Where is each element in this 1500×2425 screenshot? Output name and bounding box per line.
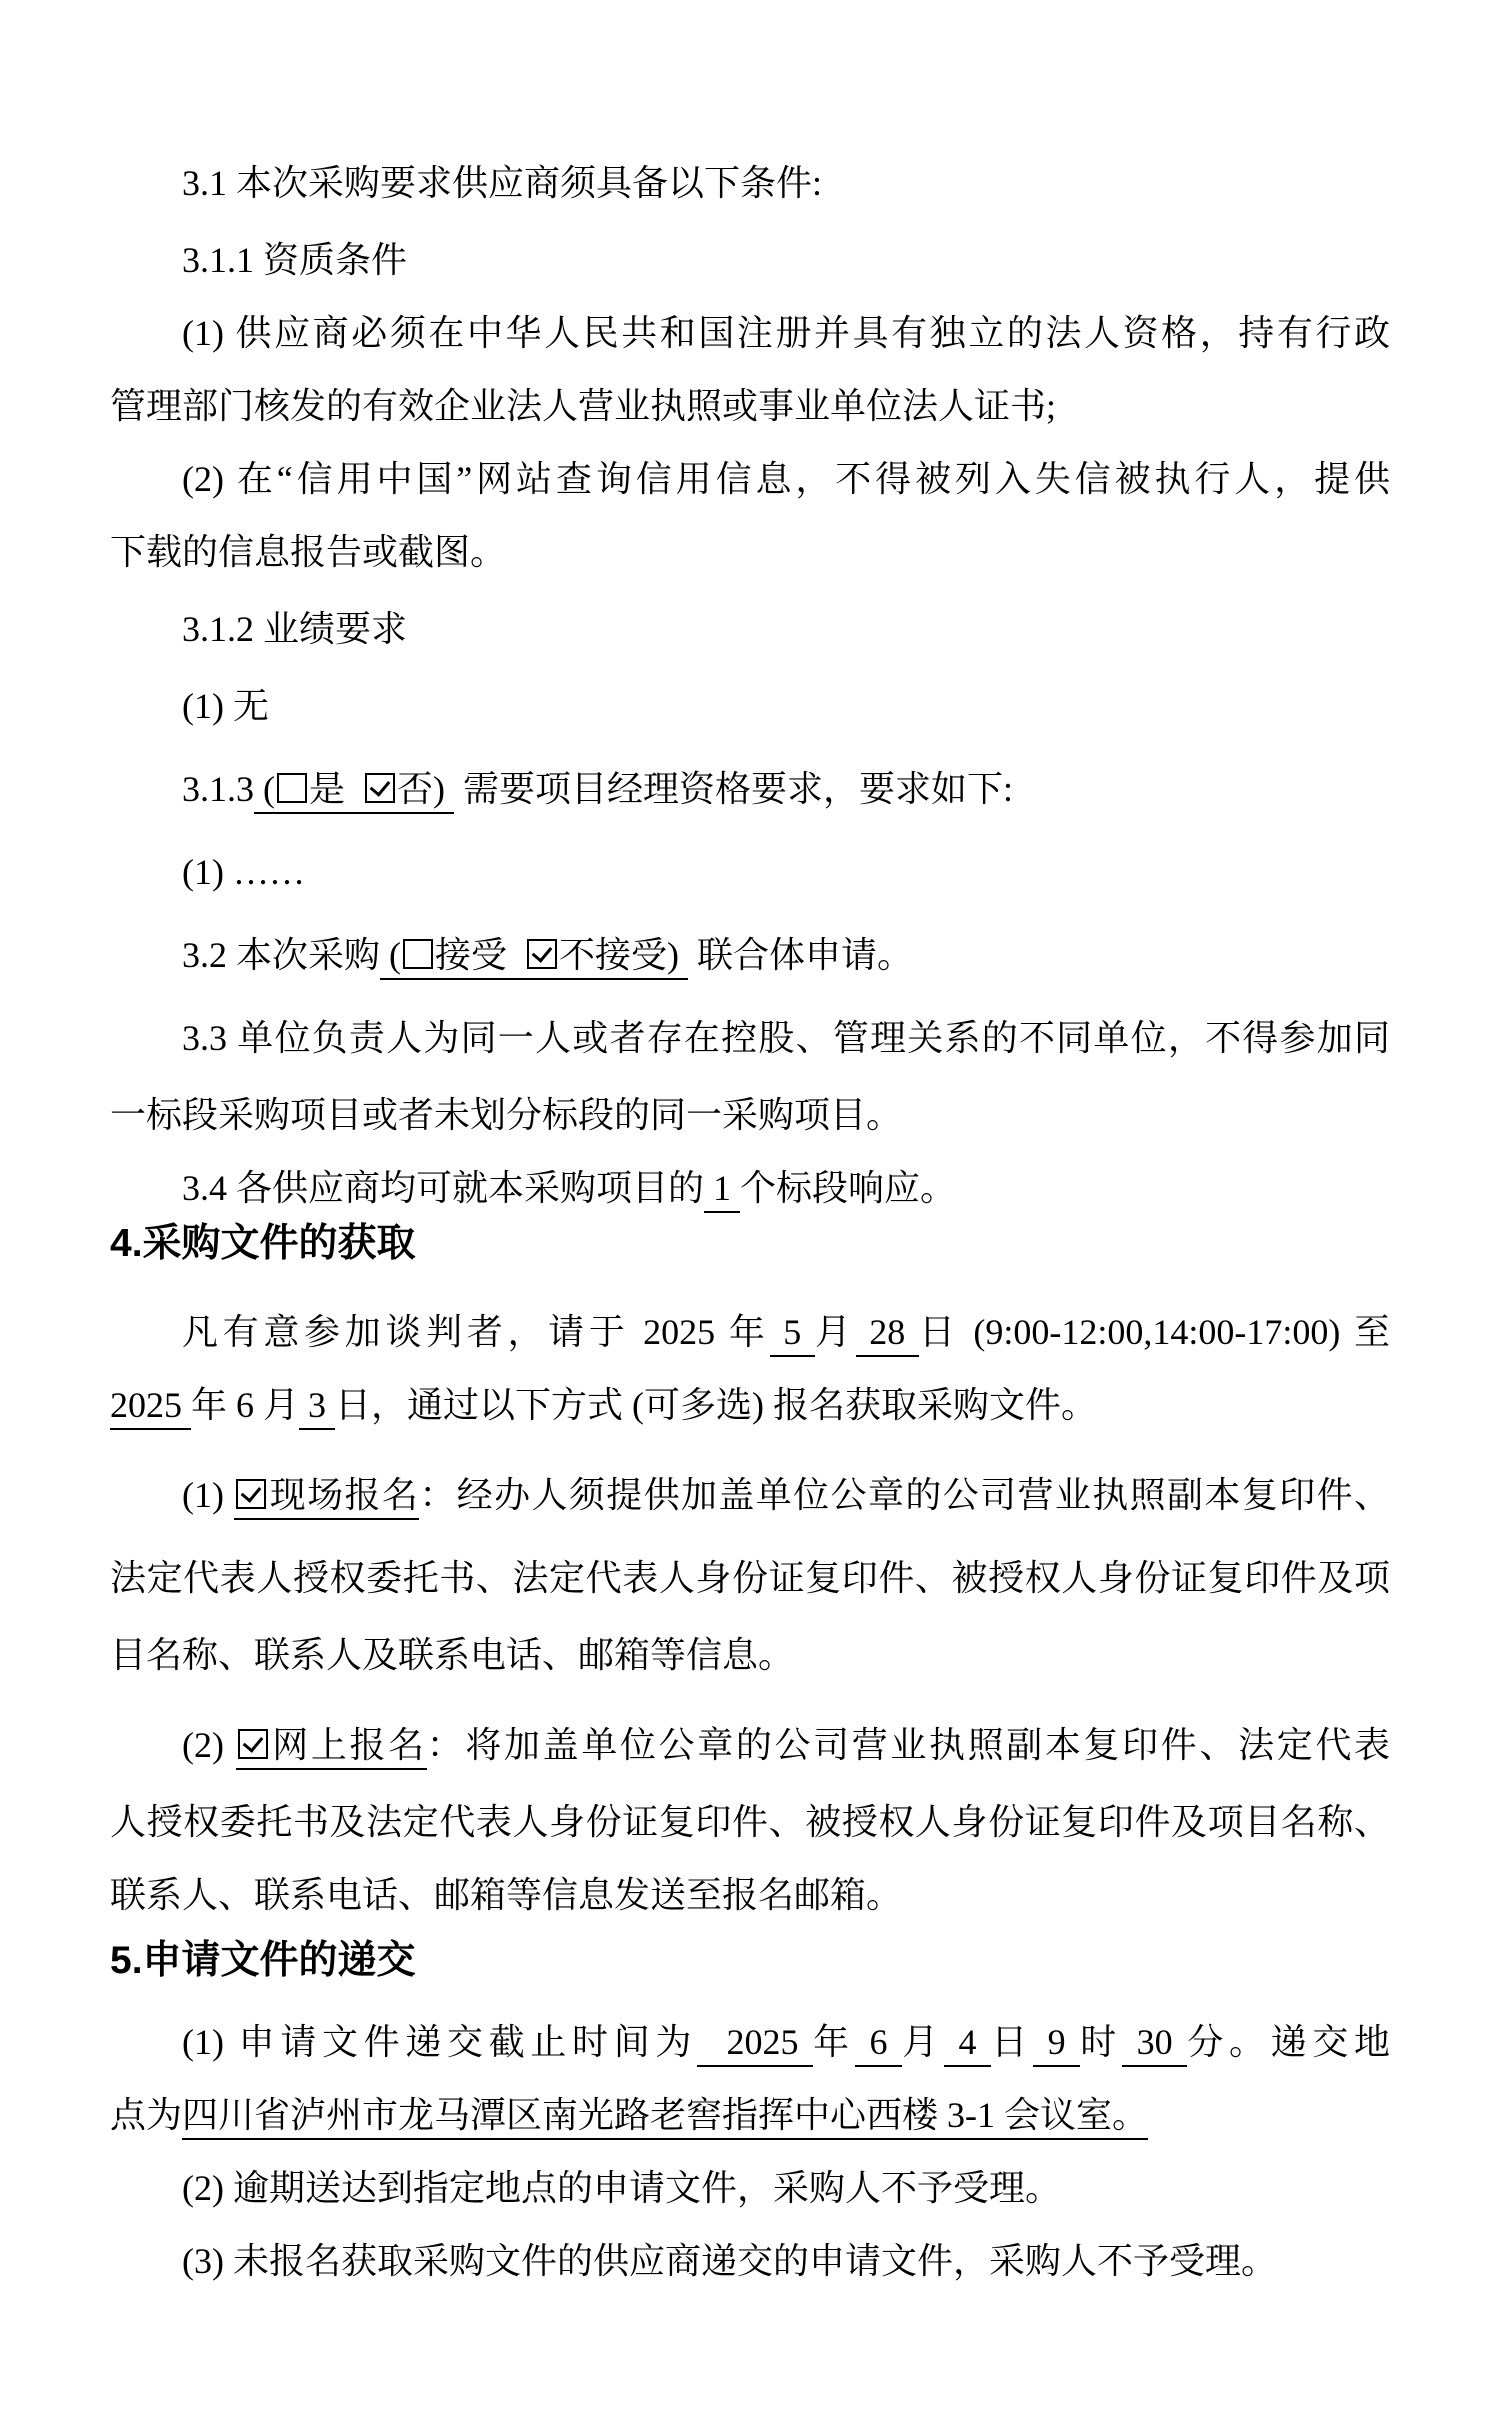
underlined-text-run: 网上报名 <box>270 1725 427 1770</box>
text-run: (2) 在“信用中国”网站查询信用信息，不得被列入失信被执行人，提供 <box>182 459 1390 499</box>
text-run: 3.1.2 业绩要求 <box>182 609 407 649</box>
underlined-text-run <box>507 935 525 980</box>
text-run: (1) 供应商必须在中华人民共和国注册并具有独立的法人资格，持有行政 <box>182 313 1390 353</box>
underlined-text-run <box>345 769 363 814</box>
text-run: 3.3 单位负责人为同一人或者存在控股、管理关系的不同单位，不得参加同 <box>182 1018 1390 1058</box>
text-run: 4.采购文件的获取 <box>110 1222 416 1265</box>
text-run: 法定代表人授权委托书、法定代表人身份证复印件、被授权人身份证复印件及项 <box>110 1558 1390 1598</box>
clause-3-1-3: 3.1.3 (是 否) 需要项目经理资格要求，要求如下: <box>110 753 1390 826</box>
text-run: 3.4 各供应商均可就本采购项目的 <box>182 1168 704 1208</box>
underline-segment <box>275 769 309 814</box>
underline-segment <box>363 769 397 814</box>
clause-3-1-1-item2-line1: (2) 在“信用中国”网站查询信用信息，不得被列入失信被执行人，提供 <box>110 443 1390 516</box>
clause-5-item1-line2: 点为四川省泸州市龙马潭区南光路老窖指挥中心西楼 3-1 会议室。 <box>110 2079 1390 2152</box>
clause-4-item2-line2: 人授权委托书及法定代表人身份证复印件、被授权人身份证复印件及项目名称、 <box>110 1786 1390 1859</box>
underlined-text-run: ( <box>254 769 275 814</box>
underlined-text-run: 3 <box>299 1385 335 1430</box>
underlined-text-run: 9 <box>1033 2022 1080 2067</box>
text-run: ：经办人须提供加盖单位公章的公司营业执照副本复印件、 <box>419 1475 1390 1515</box>
document-page: 3.1 本次采购要求供应商须具备以下条件:3.1.1 资质条件(1) 供应商必须… <box>0 0 1500 2425</box>
checked-checkbox-icon <box>365 773 395 803</box>
text-run: 点为 <box>110 2095 182 2135</box>
underlined-text-run: 不接受) <box>559 935 688 980</box>
text-run: 一标段采购项目或者未划分标段的同一采购项目。 <box>110 1095 902 1135</box>
clause-4-intro-line2: 2025 年 6 月 3 日，通过以下方式 (可多选) 报名获取采购文件。 <box>110 1369 1390 1442</box>
text-run: 月 <box>902 2022 944 2062</box>
text-run: 年 6 月 <box>191 1385 299 1425</box>
text-run: 日 <box>991 2022 1033 2062</box>
underline-segment <box>234 1475 268 1520</box>
text-run: 需要项目经理资格要求，要求如下: <box>454 769 1013 809</box>
text-run: (3) 未报名获取采购文件的供应商递交的申请文件，采购人不予受理。 <box>182 2241 1277 2281</box>
underlined-text-run: ( <box>380 935 401 980</box>
clause-3-3-line1: 3.3 单位负责人为同一人或者存在控股、管理关系的不同单位，不得参加同 <box>110 1002 1390 1075</box>
clause-4-item1-line1: (1) 现场报名：经办人须提供加盖单位公章的公司营业执照副本复印件、 <box>110 1459 1390 1532</box>
text-run: 凡有意参加谈判者，请于 2025 年 <box>182 1312 770 1352</box>
document-body: 3.1 本次采购要求供应商须具备以下条件:3.1.1 资质条件(1) 供应商必须… <box>110 147 1390 2298</box>
text-run: 目名称、联系人及联系电话、邮箱等信息。 <box>110 1635 794 1675</box>
text-run: 月 <box>815 1312 856 1352</box>
clause-4-item2-line3: 联系人、联系电话、邮箱等信息发送至报名邮箱。 <box>110 1859 1390 1932</box>
underline-segment <box>525 935 559 980</box>
clause-3-1-2-item1: (1) 无 <box>110 670 1390 743</box>
text-run: (1) 无 <box>182 686 269 726</box>
text-run: 年 <box>813 2022 855 2062</box>
text-run: 3.1.3 <box>182 769 254 809</box>
clause-3-1-1: 3.1.1 资质条件 <box>110 224 1390 297</box>
clause-4-item1-line2: 法定代表人授权委托书、法定代表人身份证复印件、被授权人身份证复印件及项 <box>110 1542 1390 1615</box>
text-run: (1) 申请文件递交截止时间为 <box>182 2022 697 2062</box>
text-run: 5.申请文件的递交 <box>110 1939 416 1982</box>
checked-checkbox-icon <box>527 939 557 969</box>
checked-checkbox-icon <box>236 1479 266 1509</box>
underlined-text-run: 2025 <box>110 1385 191 1430</box>
clause-5-item2: (2) 逾期送达到指定地点的申请文件，采购人不予受理。 <box>110 2152 1390 2225</box>
text-run: 联系人、联系电话、邮箱等信息发送至报名邮箱。 <box>110 1875 902 1915</box>
underlined-text-run: 2025 <box>697 2022 813 2067</box>
clause-5-item3: (3) 未报名获取采购文件的供应商递交的申请文件，采购人不予受理。 <box>110 2225 1390 2298</box>
empty-checkbox-icon <box>403 939 433 969</box>
empty-checkbox-icon <box>277 773 307 803</box>
clause-3-1-1-item2-line2: 下载的信息报告或截图。 <box>110 516 1390 589</box>
text-run: (2) 逾期送达到指定地点的申请文件，采购人不予受理。 <box>182 2168 1061 2208</box>
underlined-text-run: 四川省泸州市龙马潭区南光路老窖指挥中心西楼 3-1 会议室。 <box>182 2095 1148 2140</box>
text-run: ：将加盖单位公章的公司营业执照副本复印件、法定代表 <box>427 1725 1390 1765</box>
text-run: 管理部门核发的有效企业法人营业执照或事业单位法人证书; <box>110 386 1056 426</box>
underlined-text-run: 否) <box>397 769 454 814</box>
text-run: 联合体申请。 <box>688 935 913 975</box>
underlined-text-run: 6 <box>855 2022 902 2067</box>
underline-segment <box>401 935 435 980</box>
text-run: 下载的信息报告或截图。 <box>110 532 506 572</box>
text-run: 3.1.1 资质条件 <box>182 240 407 280</box>
clause-3-1-2: 3.1.2 业绩要求 <box>110 593 1390 666</box>
text-run: 分。递交地 <box>1187 2022 1390 2062</box>
text-run: 3.1 本次采购要求供应商须具备以下条件: <box>182 163 822 203</box>
text-run: (2) <box>182 1725 236 1765</box>
clause-3-1-1-item1-line1: (1) 供应商必须在中华人民共和国注册并具有独立的法人资格，持有行政 <box>110 297 1390 370</box>
clause-3-3-line2: 一标段采购项目或者未划分标段的同一采购项目。 <box>110 1079 1390 1152</box>
clause-4-intro-line1: 凡有意参加谈判者，请于 2025 年 5 月 28 日 (9:00-12:00,… <box>110 1296 1390 1369</box>
underlined-text-run: 30 <box>1122 2022 1187 2067</box>
underlined-text-run: 1 <box>704 1168 740 1213</box>
heading-5: 5.申请文件的递交 <box>110 1926 1390 1996</box>
underlined-text-run: 是 <box>309 769 345 814</box>
text-run: (1) …… <box>182 852 305 892</box>
text-run: 3.2 本次采购 <box>182 935 380 975</box>
underlined-text-run: 现场报名 <box>268 1475 419 1520</box>
underlined-text-run: 接受 <box>435 935 507 980</box>
clause-4-item1-line3: 目名称、联系人及联系电话、邮箱等信息。 <box>110 1619 1390 1692</box>
underline-segment <box>236 1725 270 1770</box>
clause-3-1: 3.1 本次采购要求供应商须具备以下条件: <box>110 147 1390 220</box>
text-run: 个标段响应。 <box>740 1168 956 1208</box>
clause-3-2: 3.2 本次采购 (接受 不接受) 联合体申请。 <box>110 919 1390 992</box>
underlined-text-run: 4 <box>944 2022 991 2067</box>
checked-checkbox-icon <box>238 1729 268 1759</box>
text-run: 日，通过以下方式 (可多选) 报名获取采购文件。 <box>335 1385 1097 1425</box>
clause-3-1-1-item1-line2: 管理部门核发的有效企业法人营业执照或事业单位法人证书; <box>110 370 1390 443</box>
text-run: 日 (9:00-12:00,14:00-17:00) 至 <box>919 1312 1390 1352</box>
text-run: 人授权委托书及法定代表人身份证复印件、被授权人身份证复印件及项目名称、 <box>110 1802 1390 1842</box>
text-run: (1) <box>182 1475 234 1515</box>
underlined-text-run: 5 <box>770 1312 815 1357</box>
clause-3-1-3-item1: (1) …… <box>110 836 1390 909</box>
underlined-text-run: 28 <box>856 1312 919 1357</box>
clause-4-item2-line1: (2) 网上报名：将加盖单位公章的公司营业执照副本复印件、法定代表 <box>110 1709 1390 1782</box>
text-run: 时 <box>1080 2022 1122 2062</box>
clause-5-item1-line1: (1) 申请文件递交截止时间为 2025 年 6 月 4 日 9 时 30 分。… <box>110 2006 1390 2079</box>
